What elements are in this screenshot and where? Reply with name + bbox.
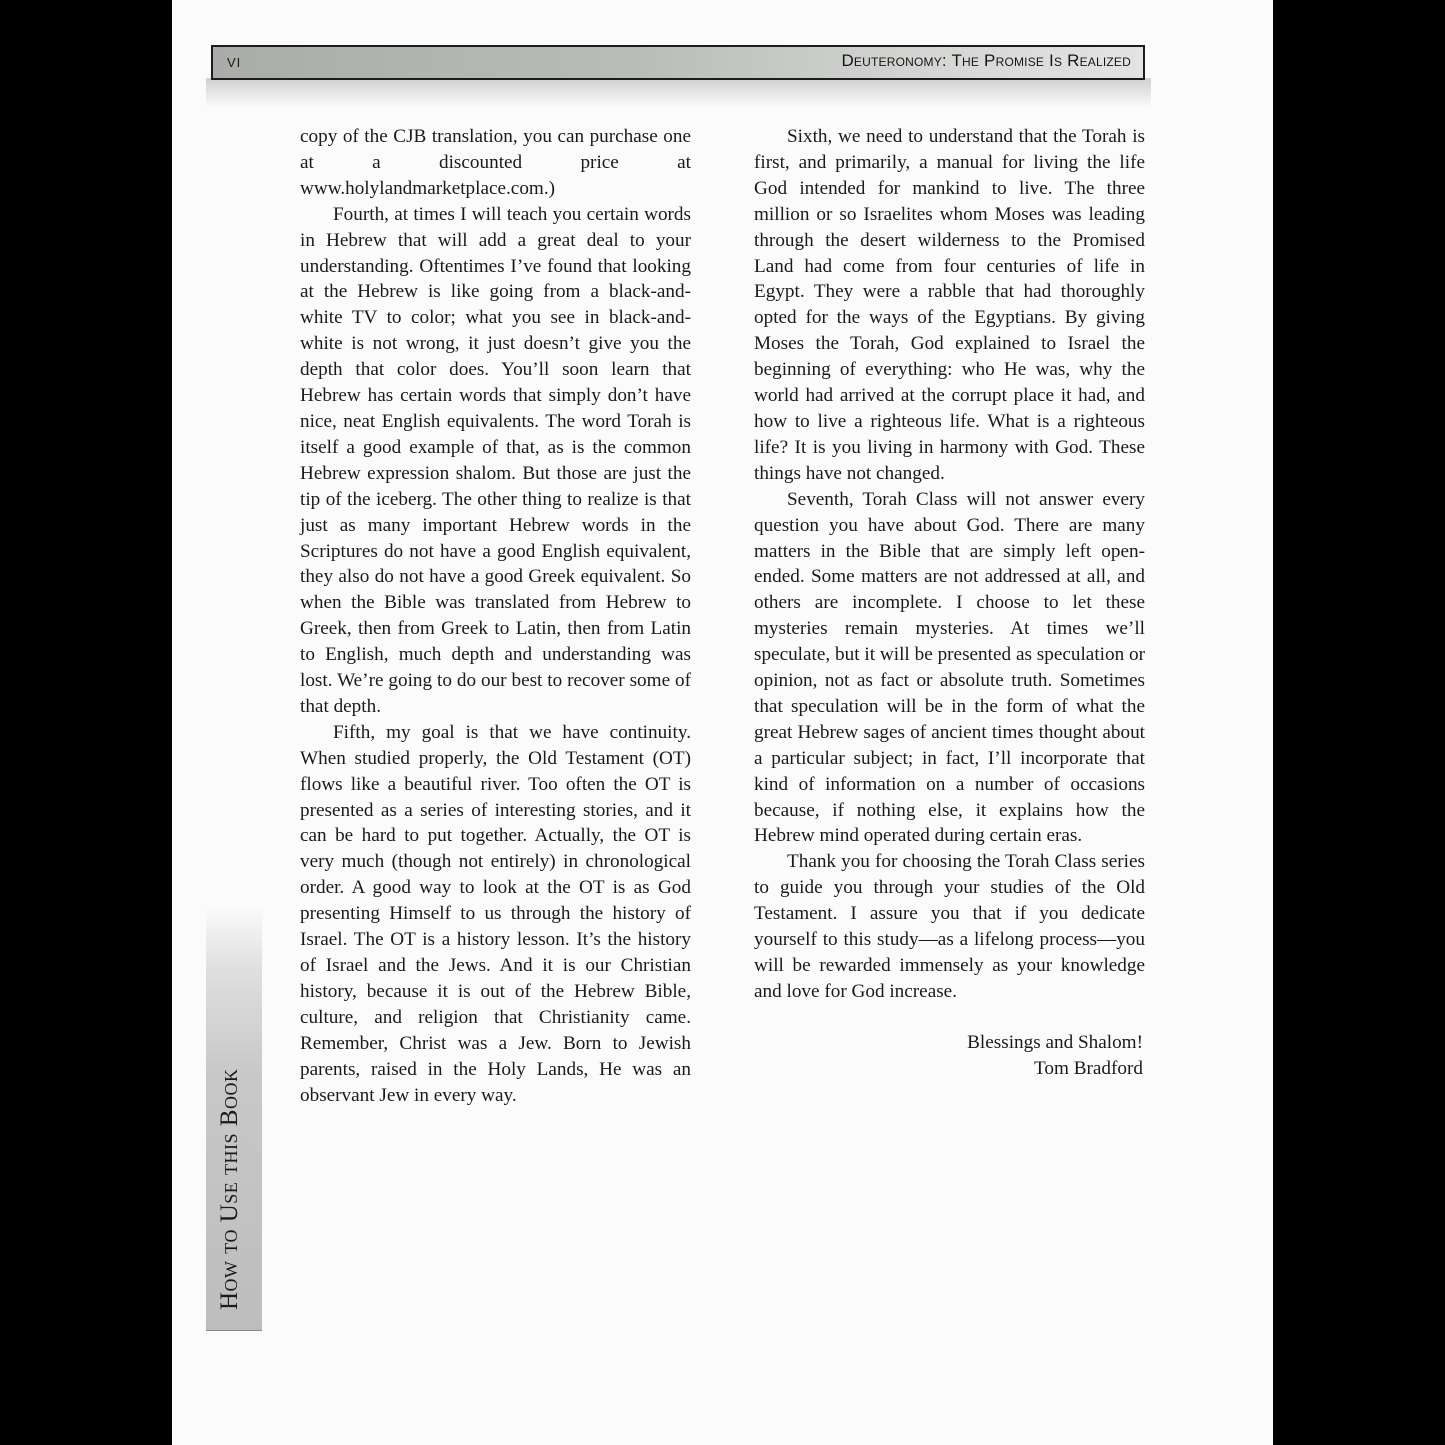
section-tab-label: How to Use this Book (216, 1069, 244, 1310)
paragraph-seventh: Seventh, Torah Class will not answer eve… (754, 487, 1145, 850)
paragraph-sixth: Sixth, we need to understand that the To… (754, 124, 1145, 487)
running-title: Deuteronomy: The Promise Is Realized (841, 51, 1131, 71)
book-page: VI Deuteronomy: The Promise Is Realized … (172, 0, 1273, 1445)
paragraph-fourth: Fourth, at times I will teach you certai… (300, 202, 691, 720)
paragraph-thanks: Thank you for choosing the Torah Class s… (754, 849, 1145, 1004)
author-signature: Tom Bradford (754, 1056, 1143, 1082)
paragraph-fifth: Fifth, my goal is that we have continuit… (300, 720, 691, 1109)
right-column: Sixth, we need to understand that the To… (754, 124, 1145, 1082)
header-shadow (206, 78, 1151, 108)
paragraph-continued: copy of the CJB translation, you can pur… (300, 124, 691, 202)
page-number: VI (227, 55, 241, 70)
running-header: VI Deuteronomy: The Promise Is Realized (211, 45, 1145, 80)
salutation: Blessings and Shalom! (754, 1030, 1143, 1056)
section-side-tab: How to Use this Book (206, 905, 262, 1331)
closing-signature-block: Blessings and Shalom! Tom Bradford (754, 1030, 1145, 1082)
left-column: copy of the CJB translation, you can pur… (300, 124, 691, 1108)
